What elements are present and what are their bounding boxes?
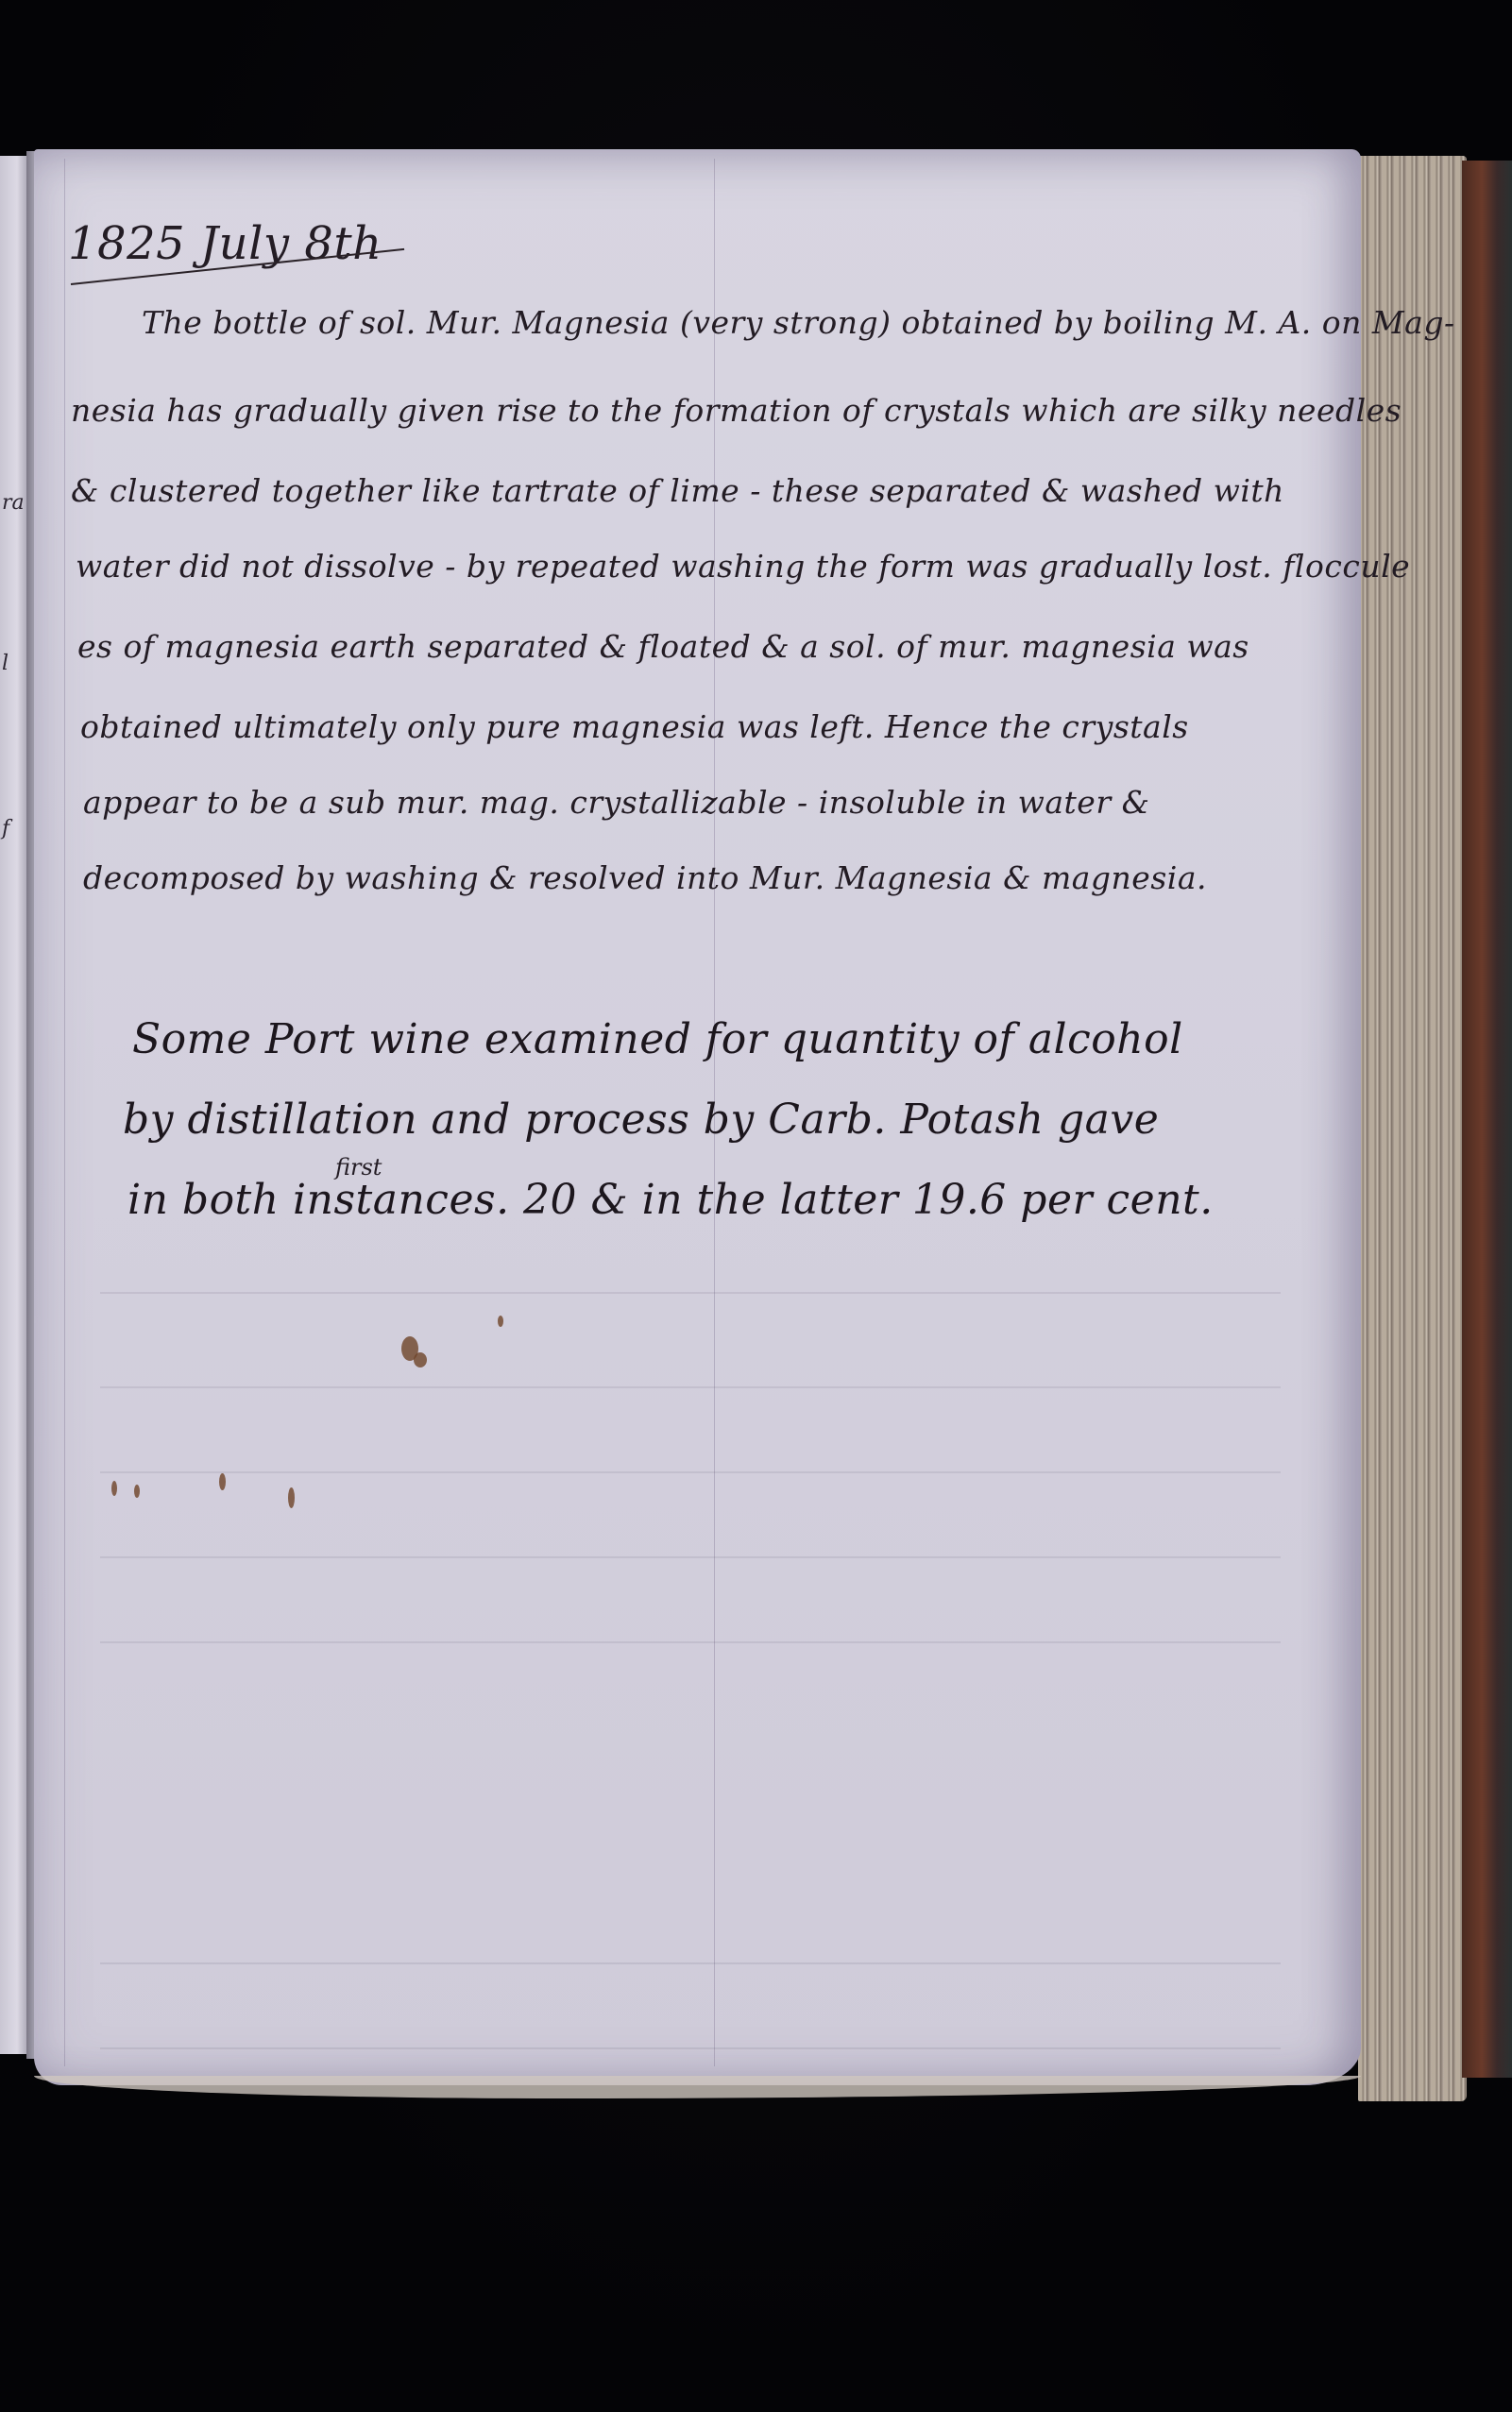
entry-line: water did not dissolve - by repeated was… <box>76 548 1410 585</box>
left-page-fragment: l <box>2 652 8 675</box>
entry-line: es of magnesia earth separated & floated… <box>77 628 1249 665</box>
ink-stain <box>134 1485 140 1498</box>
ink-stain <box>414 1352 427 1367</box>
book-cover <box>1462 161 1512 2078</box>
ink-stain <box>219 1473 226 1490</box>
bleed-through <box>100 1386 1281 1388</box>
entry-line: in both instances. 20 & in the latter 19… <box>127 1176 1214 1224</box>
left-page-fragment: f <box>2 817 9 841</box>
ink-stain <box>498 1316 503 1327</box>
page-stack-edge <box>1358 156 1467 2101</box>
ink-stain <box>288 1487 295 1508</box>
bleed-through <box>100 2047 1281 2049</box>
entry-line: by distillation and process by Carb. Pot… <box>123 1096 1159 1144</box>
bleed-through <box>100 1471 1281 1473</box>
entry-line: obtained ultimately only pure magnesia w… <box>80 708 1189 745</box>
bleed-through <box>100 1962 1281 1964</box>
entry-line: decomposed by washing & resolved into Mu… <box>83 859 1207 896</box>
bleed-through <box>100 1556 1281 1558</box>
left-page-fragment: ra <box>2 491 25 515</box>
interlinear-insertion: first <box>335 1154 382 1181</box>
bleed-through <box>100 1292 1281 1294</box>
entry-line: nesia has gradually given rise to the fo… <box>71 392 1402 429</box>
margin-rule <box>64 159 65 2066</box>
bleed-through <box>100 1641 1281 1643</box>
entry-line: & clustered together like tartrate of li… <box>71 472 1284 509</box>
entry-line: The bottle of sol. Mur. Magnesia (very s… <box>142 304 1455 341</box>
entry-line: Some Port wine examined for quantity of … <box>132 1015 1183 1063</box>
entry-line: appear to be a sub mur. mag. crystalliza… <box>83 784 1149 821</box>
ink-stain <box>111 1481 117 1496</box>
date-heading: 1825 July 8th <box>68 217 382 270</box>
